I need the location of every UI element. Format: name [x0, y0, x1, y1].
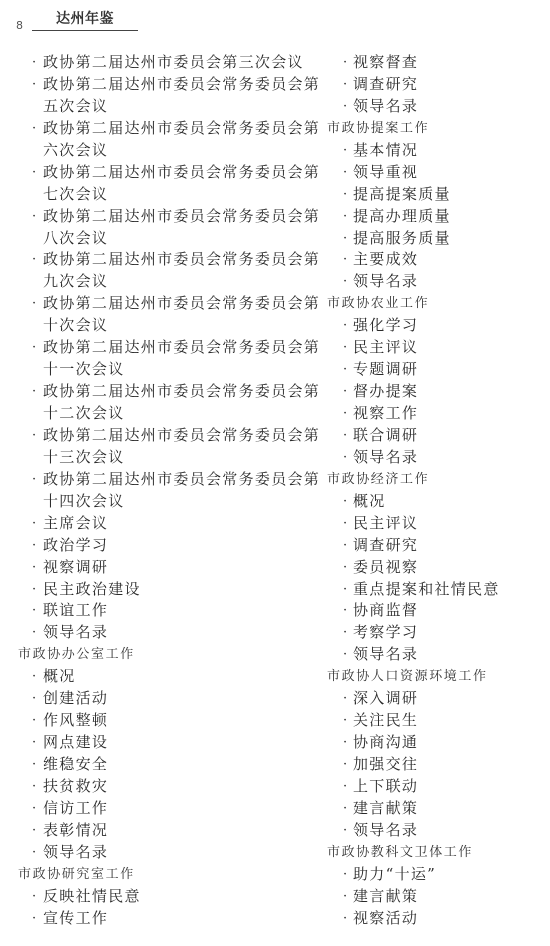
toc-entry: ·民主评议 — [327, 513, 527, 535]
bullet-icon: · — [32, 118, 36, 140]
bullet-icon: · — [343, 908, 347, 930]
running-head-title: 达州年鉴 — [56, 11, 114, 27]
bullet-icon: · — [32, 513, 36, 535]
toc-entry: ·联谊工作 — [18, 600, 310, 622]
toc-entry: ·概况 — [18, 666, 310, 688]
bullet-icon: · — [343, 710, 347, 732]
bullet-icon: · — [32, 52, 36, 74]
toc-entry: ·调查研究 — [327, 535, 527, 557]
bullet-icon: · — [343, 447, 347, 469]
toc-entry: ·领导重视 — [327, 162, 527, 184]
toc-entry-continuation: 五次会议 — [18, 96, 310, 118]
bullet-icon: · — [343, 600, 347, 622]
entry-text: 十四次会议 — [43, 492, 125, 510]
toc-entry: ·基本情况 — [327, 140, 527, 162]
bullet-icon: · — [32, 754, 36, 776]
toc-entry: ·提高办理质量 — [327, 206, 527, 228]
toc-entry: ·关注民生 — [327, 710, 527, 732]
toc-entry-continuation: 十四次会议 — [18, 491, 310, 513]
toc-entry: ·领导名录 — [327, 271, 527, 293]
entry-text: 概况 — [43, 667, 76, 685]
toc-entry: ·政协第二届达州市委员会第三次会议 — [18, 52, 310, 74]
entry-text: 宣传工作 — [43, 909, 108, 927]
entry-text: 建言献策 — [353, 799, 418, 817]
entry-text: 民主政治建设 — [43, 580, 141, 598]
page-number: 8 — [16, 19, 23, 32]
entry-text: 维稳安全 — [43, 755, 108, 773]
bullet-icon: · — [343, 491, 347, 513]
bullet-icon: · — [343, 162, 347, 184]
entry-text: 网点建设 — [43, 733, 108, 751]
toc-entry: ·领导名录 — [18, 842, 310, 864]
toc-entry: ·政协第二届达州市委员会常务委员会第 — [18, 206, 310, 228]
bullet-icon: · — [343, 96, 347, 118]
toc-entry-continuation: 十三次会议 — [18, 447, 310, 469]
entry-text: 政协第二届达州市委员会常务委员会第 — [43, 207, 320, 225]
entry-text: 视察调研 — [43, 558, 108, 576]
toc-entry-continuation: 六次会议 — [18, 140, 310, 162]
toc-entry: ·政协第二届达州市委员会常务委员会第 — [18, 425, 310, 447]
bullet-icon: · — [343, 359, 347, 381]
bullet-icon: · — [32, 337, 36, 359]
toc-entry-continuation: 八次会议 — [18, 228, 310, 250]
bullet-icon: · — [343, 820, 347, 842]
entry-text: 协商沟通 — [353, 733, 418, 751]
toc-entry: ·民主政治建设 — [18, 579, 310, 601]
bullet-icon: · — [32, 908, 36, 930]
entry-text: 基本情况 — [353, 141, 418, 159]
entry-text: 信访工作 — [43, 799, 108, 817]
toc-entry: ·助力“十运” — [327, 864, 527, 886]
toc-entry: ·概况 — [327, 491, 527, 513]
entry-text: 政协第二届达州市委员会常务委员会第 — [43, 119, 320, 137]
section-heading: 市政协研究室工作 — [18, 864, 310, 886]
entry-text: 领导名录 — [353, 272, 418, 290]
entry-text: 政协第二届达州市委员会常务委员会第 — [43, 294, 320, 312]
toc-entry-continuation: 七次会议 — [18, 184, 310, 206]
entry-text: 视察工作 — [353, 404, 418, 422]
bullet-icon: · — [343, 688, 347, 710]
entry-text: 领导名录 — [353, 821, 418, 839]
bullet-icon: · — [343, 622, 347, 644]
section-heading: 市政协办公室工作 — [18, 644, 310, 666]
toc-entry-continuation: 九次会议 — [18, 271, 310, 293]
entry-text: 上下联动 — [353, 777, 418, 795]
entry-text: 政协第二届达州市委员会常务委员会第 — [43, 426, 320, 444]
toc-entry: ·协商沟通 — [327, 732, 527, 754]
entry-text: 督办提案 — [353, 382, 418, 400]
entry-text: 政协第二届达州市委员会常务委员会第 — [43, 338, 320, 356]
entry-text: 提高服务质量 — [353, 229, 451, 247]
toc-entry-continuation: 十二次会议 — [18, 403, 310, 425]
entry-text: 创建活动 — [43, 689, 108, 707]
bullet-icon: · — [343, 403, 347, 425]
toc-entry: ·领导名录 — [327, 644, 527, 666]
bullet-icon: · — [343, 52, 347, 74]
toc-entry: ·视察工作 — [327, 403, 527, 425]
toc-entry: ·网点建设 — [18, 732, 310, 754]
entry-text: 作风整顿 — [43, 711, 108, 729]
toc-entry: ·创建活动 — [18, 688, 310, 710]
bullet-icon: · — [32, 74, 36, 96]
left-column: ·政协第二届达州市委员会第三次会议·政协第二届达州市委员会常务委员会第五次会议·… — [18, 52, 310, 930]
toc-entry: ·宣传工作 — [18, 908, 310, 930]
bullet-icon: · — [343, 74, 347, 96]
section-heading: 市政协经济工作 — [327, 469, 527, 491]
bullet-icon: · — [32, 710, 36, 732]
bullet-icon: · — [32, 557, 36, 579]
entry-text: 十次会议 — [43, 316, 108, 334]
entry-text: 政治学习 — [43, 536, 108, 554]
toc-entry-continuation: 十一次会议 — [18, 359, 310, 381]
entry-text: 提高办理质量 — [353, 207, 451, 225]
toc-entry: ·视察调研 — [18, 557, 310, 579]
entry-text: 政协第二届达州市委员会常务委员会第 — [43, 470, 320, 488]
entry-text: 政协第二届达州市委员会第三次会议 — [43, 53, 304, 71]
toc-entry: ·领导名录 — [327, 820, 527, 842]
entry-text: 主席会议 — [43, 514, 108, 532]
entry-text: 视察督查 — [353, 53, 418, 71]
toc-entry: ·政协第二届达州市委员会常务委员会第 — [18, 249, 310, 271]
bullet-icon: · — [32, 425, 36, 447]
toc-entry: ·作风整顿 — [18, 710, 310, 732]
right-column: ·视察督查·调查研究·领导名录市政协提案工作·基本情况·领导重视·提高提案质量·… — [327, 52, 527, 930]
toc-entry: ·政协第二届达州市委员会常务委员会第 — [18, 337, 310, 359]
bullet-icon: · — [32, 886, 36, 908]
bullet-icon: · — [32, 666, 36, 688]
bullet-icon: · — [343, 754, 347, 776]
entry-text: 调查研究 — [353, 536, 418, 554]
toc-entry: ·领导名录 — [18, 622, 310, 644]
toc-entry: ·信访工作 — [18, 798, 310, 820]
entry-text: 深入调研 — [353, 689, 418, 707]
bullet-icon: · — [32, 249, 36, 271]
toc-entry: ·政协第二届达州市委员会常务委员会第 — [18, 118, 310, 140]
section-heading: 市政协农业工作 — [327, 293, 527, 315]
entry-text: 重点提案和社情民意 — [353, 580, 500, 598]
bullet-icon: · — [32, 842, 36, 864]
toc-entry: ·政协第二届达州市委员会常务委员会第 — [18, 469, 310, 491]
bullet-icon: · — [343, 381, 347, 403]
bullet-icon: · — [343, 140, 347, 162]
toc-entry: ·政协第二届达州市委员会常务委员会第 — [18, 381, 310, 403]
toc-entry: ·政协第二届达州市委员会常务委员会第 — [18, 74, 310, 96]
toc-entry: ·维稳安全 — [18, 754, 310, 776]
toc-entry: ·提高服务质量 — [327, 228, 527, 250]
entry-text: 民主评议 — [353, 514, 418, 532]
entry-text: 政协第二届达州市委员会常务委员会第 — [43, 382, 320, 400]
entry-text: 委员视察 — [353, 558, 418, 576]
toc-entry: ·重点提案和社情民意 — [327, 579, 527, 601]
bullet-icon: · — [343, 249, 347, 271]
bullet-icon: · — [32, 162, 36, 184]
bullet-icon: · — [32, 600, 36, 622]
bullet-icon: · — [32, 732, 36, 754]
bullet-icon: · — [32, 579, 36, 601]
bullet-icon: · — [343, 886, 347, 908]
bullet-icon: · — [343, 184, 347, 206]
toc-entry: ·提高提案质量 — [327, 184, 527, 206]
toc-entry: ·视察督查 — [327, 52, 527, 74]
bullet-icon: · — [343, 732, 347, 754]
entry-text: 视察活动 — [353, 909, 418, 927]
toc-entry: ·建言献策 — [327, 886, 527, 908]
entry-text: 加强交往 — [353, 755, 418, 773]
bullet-icon: · — [343, 535, 347, 557]
entry-text: 调查研究 — [353, 75, 418, 93]
entry-text: 领导名录 — [43, 843, 108, 861]
bullet-icon: · — [32, 820, 36, 842]
toc-entry: ·主要成效 — [327, 249, 527, 271]
entry-text: 九次会议 — [43, 272, 108, 290]
toc-entry: ·委员视察 — [327, 557, 527, 579]
bullet-icon: · — [343, 644, 347, 666]
bullet-icon: · — [343, 776, 347, 798]
bullet-icon: · — [343, 798, 347, 820]
toc-entry: ·强化学习 — [327, 315, 527, 337]
bullet-icon: · — [343, 271, 347, 293]
entry-text: 领导名录 — [353, 645, 418, 663]
toc-entry: ·考察学习 — [327, 622, 527, 644]
section-heading: 市政协人口资源环境工作 — [327, 666, 527, 688]
toc-entry: ·调查研究 — [327, 74, 527, 96]
entry-text: 政协第二届达州市委员会常务委员会第 — [43, 163, 320, 181]
toc-entry: ·协商监督 — [327, 600, 527, 622]
entry-text: 助力“十运” — [353, 865, 436, 883]
entry-text: 专题调研 — [353, 360, 418, 378]
bullet-icon: · — [343, 557, 347, 579]
toc-entry: ·建言献策 — [327, 798, 527, 820]
toc-entry: ·政协第二届达州市委员会常务委员会第 — [18, 162, 310, 184]
toc-entry: ·深入调研 — [327, 688, 527, 710]
entry-text: 反映社情民意 — [43, 887, 141, 905]
entry-text: 表彰情况 — [43, 821, 108, 839]
bullet-icon: · — [32, 206, 36, 228]
toc-entry: ·视察活动 — [327, 908, 527, 930]
entry-text: 领导名录 — [353, 448, 418, 466]
entry-text: 关注民生 — [353, 711, 418, 729]
toc-entry: ·政协第二届达州市委员会常务委员会第 — [18, 293, 310, 315]
toc-entry: ·联合调研 — [327, 425, 527, 447]
entry-text: 十一次会议 — [43, 360, 125, 378]
bullet-icon: · — [343, 579, 347, 601]
bullet-icon: · — [343, 425, 347, 447]
bullet-icon: · — [343, 864, 347, 886]
entry-text: 建言献策 — [353, 887, 418, 905]
bullet-icon: · — [32, 381, 36, 403]
entry-text: 政协第二届达州市委员会常务委员会第 — [43, 75, 320, 93]
entry-text: 政协第二届达州市委员会常务委员会第 — [43, 250, 320, 268]
entry-text: 概况 — [353, 492, 386, 510]
entry-text: 协商监督 — [353, 601, 418, 619]
toc-entry: ·扶贫救灾 — [18, 776, 310, 798]
toc-entry: ·表彰情况 — [18, 820, 310, 842]
entry-text: 七次会议 — [43, 185, 108, 203]
bullet-icon: · — [343, 315, 347, 337]
entry-text: 扶贫救灾 — [43, 777, 108, 795]
entry-text: 民主评议 — [353, 338, 418, 356]
bullet-icon: · — [343, 337, 347, 359]
entry-text: 联谊工作 — [43, 601, 108, 619]
running-head: 达州年鉴 — [32, 8, 138, 31]
bullet-icon: · — [343, 513, 347, 535]
toc-entry: ·专题调研 — [327, 359, 527, 381]
section-heading: 市政协教科文卫体工作 — [327, 842, 527, 864]
toc-entry: ·主席会议 — [18, 513, 310, 535]
bullet-icon: · — [32, 776, 36, 798]
toc-entry: ·反映社情民意 — [18, 886, 310, 908]
section-heading: 市政协提案工作 — [327, 118, 527, 140]
bullet-icon: · — [343, 228, 347, 250]
bullet-icon: · — [32, 798, 36, 820]
entry-text: 领导名录 — [353, 97, 418, 115]
entry-text: 十二次会议 — [43, 404, 125, 422]
bullet-icon: · — [32, 535, 36, 557]
entry-text: 八次会议 — [43, 229, 108, 247]
bullet-icon: · — [32, 293, 36, 315]
entry-text: 考察学习 — [353, 623, 418, 641]
toc-entry: ·领导名录 — [327, 96, 527, 118]
entry-text: 提高提案质量 — [353, 185, 451, 203]
entry-text: 联合调研 — [353, 426, 418, 444]
entry-text: 领导重视 — [353, 163, 418, 181]
entry-text: 领导名录 — [43, 623, 108, 641]
toc-entry-continuation: 十次会议 — [18, 315, 310, 337]
toc-entry: ·民主评议 — [327, 337, 527, 359]
toc-entry: ·领导名录 — [327, 447, 527, 469]
toc-entry: ·督办提案 — [327, 381, 527, 403]
entry-text: 十三次会议 — [43, 448, 125, 466]
entry-text: 强化学习 — [353, 316, 418, 334]
toc-entry: ·政治学习 — [18, 535, 310, 557]
bullet-icon: · — [343, 206, 347, 228]
bullet-icon: · — [32, 622, 36, 644]
bullet-icon: · — [32, 469, 36, 491]
toc-entry: ·上下联动 — [327, 776, 527, 798]
entry-text: 五次会议 — [43, 97, 108, 115]
entry-text: 六次会议 — [43, 141, 108, 159]
bullet-icon: · — [32, 688, 36, 710]
entry-text: 主要成效 — [353, 250, 418, 268]
toc-entry: ·加强交往 — [327, 754, 527, 776]
